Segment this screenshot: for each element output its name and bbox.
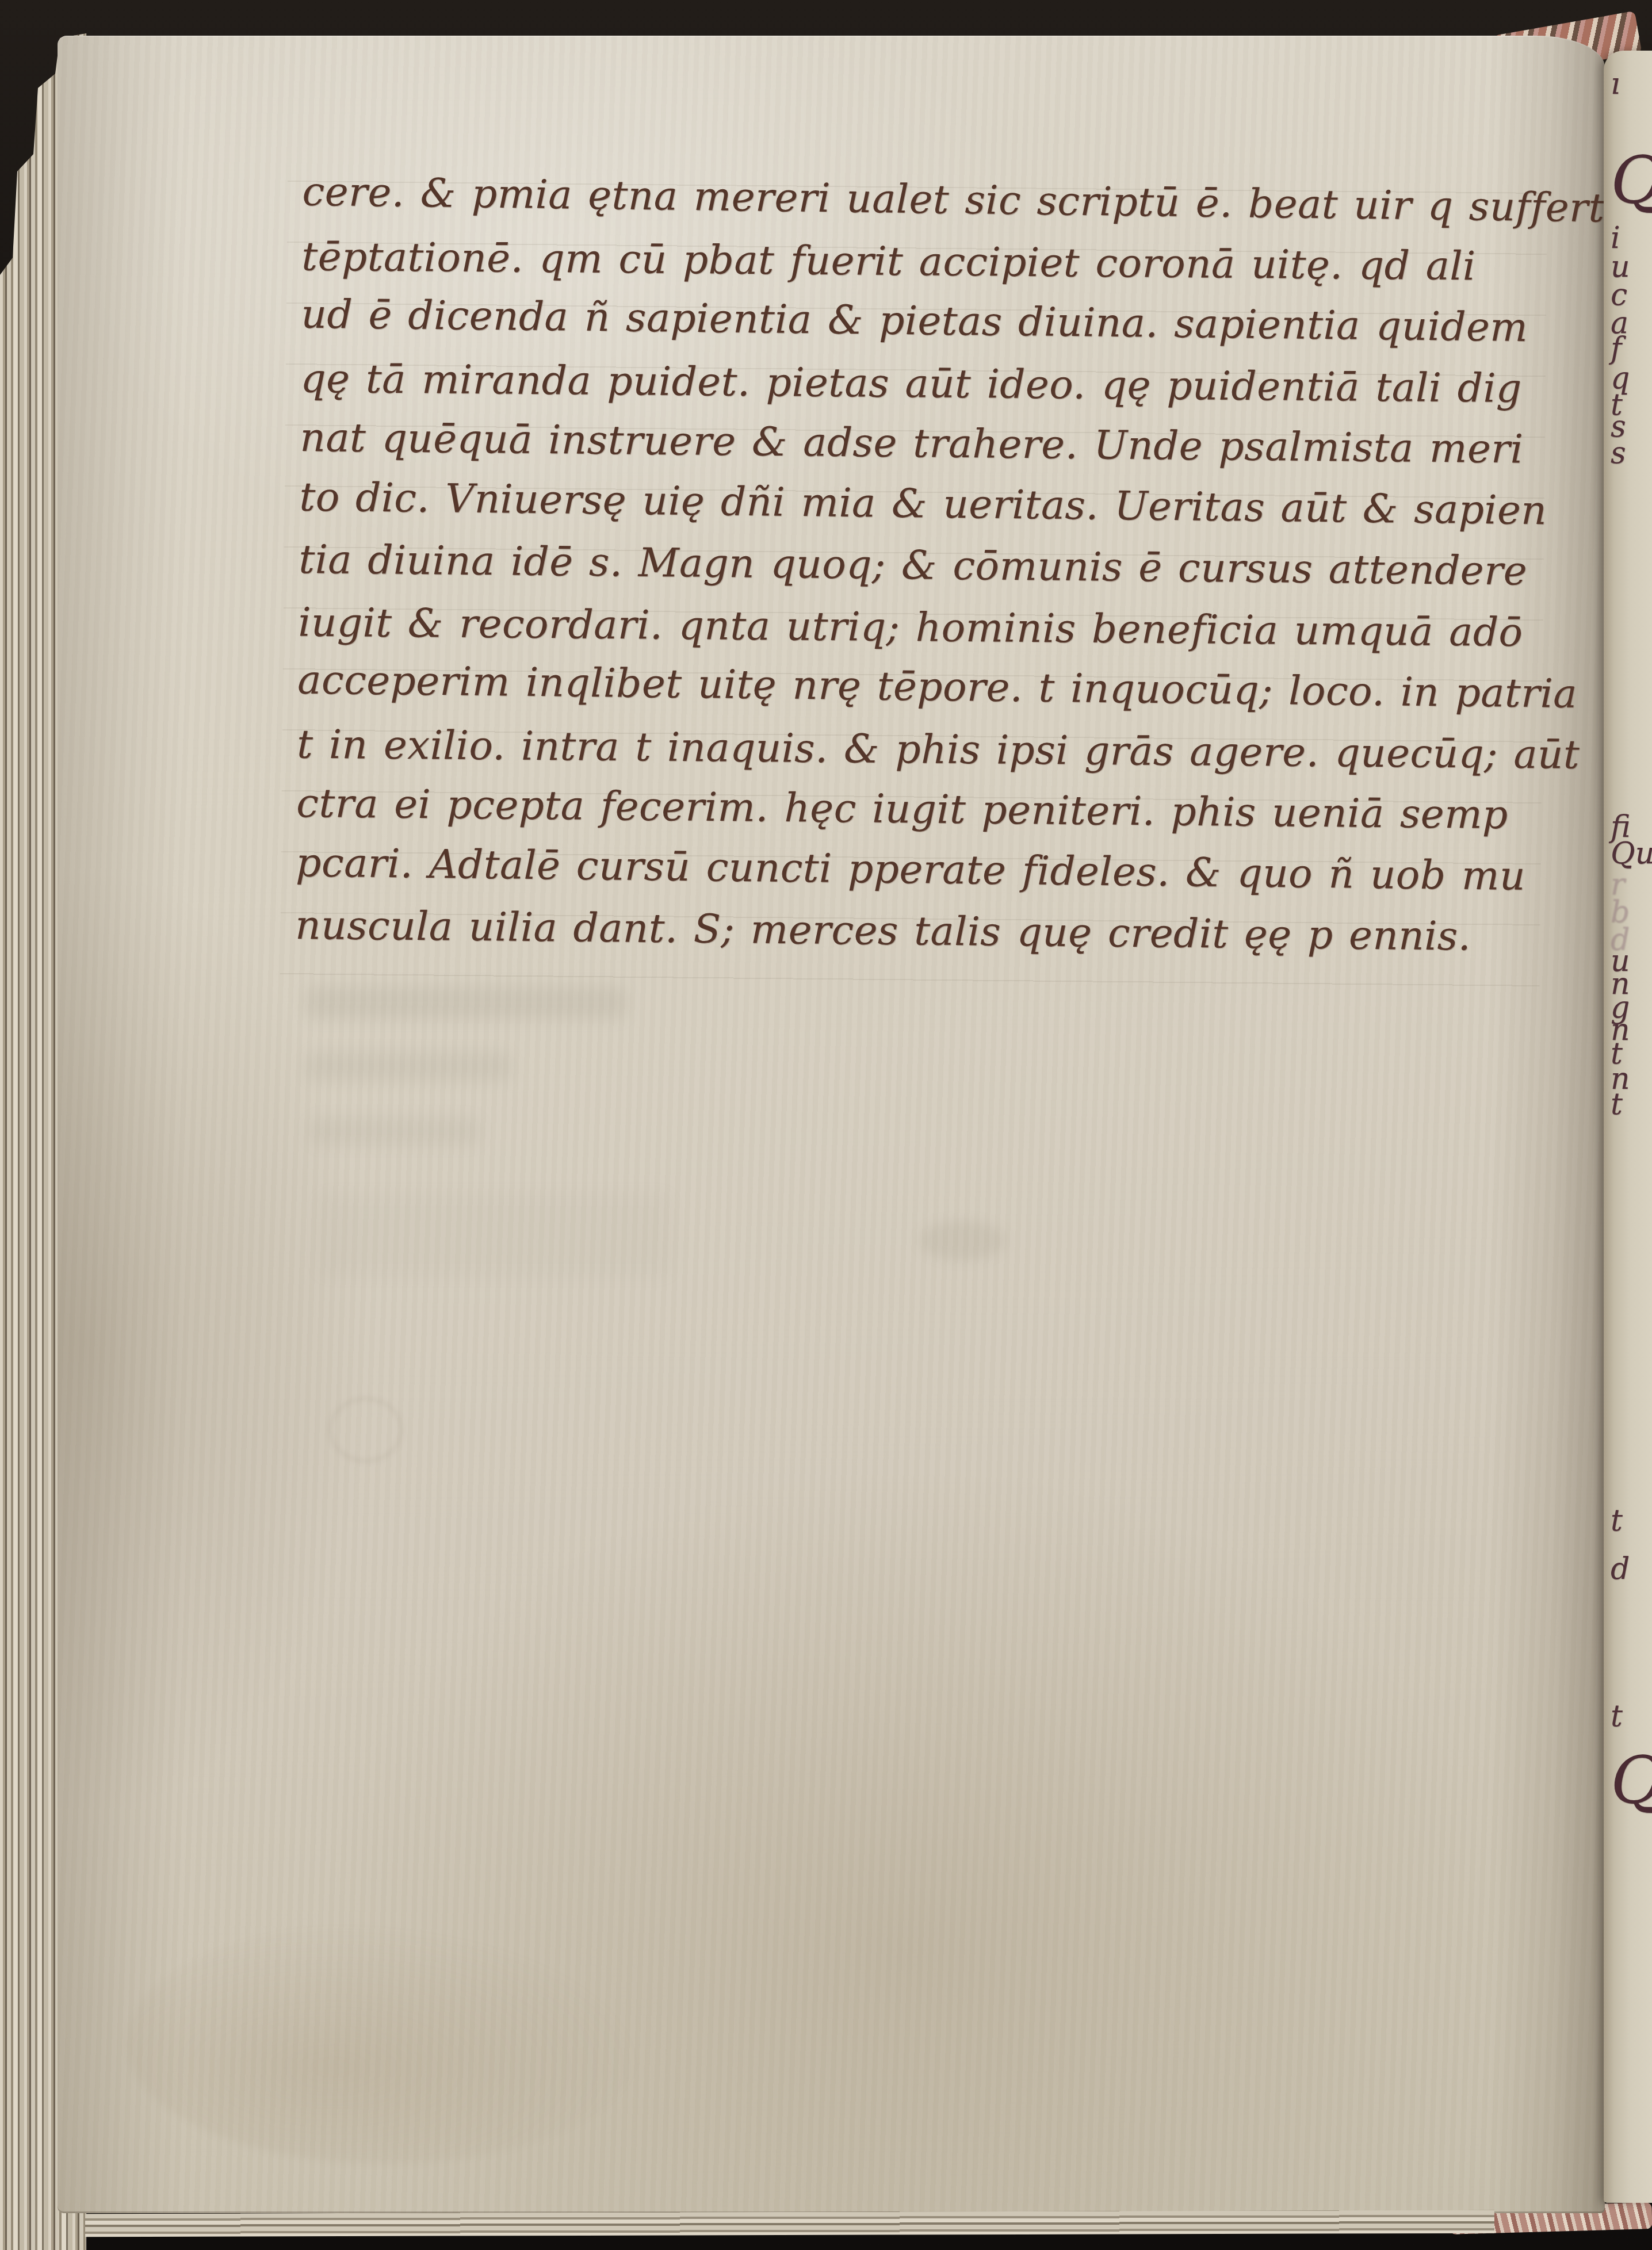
text-line: qę tā miranda puidet. pietas aūt ideo. q… bbox=[300, 349, 1601, 420]
show-through-stain bbox=[308, 1117, 481, 1146]
text-line: nuscula uilia dant. S; merces talis quę … bbox=[295, 895, 1596, 969]
facing-page-sliver: ıQiucafqtssfiQurbdungntnttdtQ bbox=[1604, 51, 1652, 2203]
parchment-stain bbox=[919, 1220, 1005, 1261]
show-through-stain bbox=[316, 1192, 673, 1278]
facing-line-fragment: Q bbox=[1611, 1748, 1652, 1813]
parchment-stain bbox=[329, 1398, 403, 1462]
facing-line-fragment: s bbox=[1611, 438, 1626, 468]
facing-line-fragment: d bbox=[1611, 1554, 1630, 1584]
left-margin-shading bbox=[58, 36, 184, 2213]
bottom-page-edges bbox=[85, 2210, 1494, 2237]
show-through-stain bbox=[305, 1051, 512, 1081]
facing-line-fragment: f bbox=[1611, 334, 1622, 363]
text-block: cere. & pmia ętna mereri ualet sic scrip… bbox=[295, 163, 1603, 969]
facing-line-fragment: t bbox=[1611, 1089, 1623, 1119]
facing-line-fragment: i bbox=[1611, 223, 1620, 253]
facing-line-fragment: ı bbox=[1611, 69, 1620, 99]
text-line: cere. & pmia ętna mereri ualet sic scrip… bbox=[302, 161, 1603, 239]
facing-line-fragment: Qu bbox=[1611, 839, 1652, 868]
text-line: t in exilio. intra t inaquis. & phis ips… bbox=[297, 714, 1597, 786]
parchment-stain bbox=[127, 1922, 644, 2164]
text-line: tia diuina idē s. Magn quoq; & cōmunis ē… bbox=[299, 529, 1599, 603]
facing-line-fragment: t bbox=[1611, 1506, 1623, 1536]
show-through-stain bbox=[305, 986, 627, 1019]
manuscript-page: cere. & pmia ętna mereri ualet sic scrip… bbox=[58, 36, 1605, 2213]
facing-line-fragment: t bbox=[1611, 1701, 1623, 1731]
manuscript-photo: cere. & pmia ętna mereri ualet sic scrip… bbox=[0, 0, 1652, 2250]
facing-line-fragment: Q bbox=[1611, 148, 1652, 213]
